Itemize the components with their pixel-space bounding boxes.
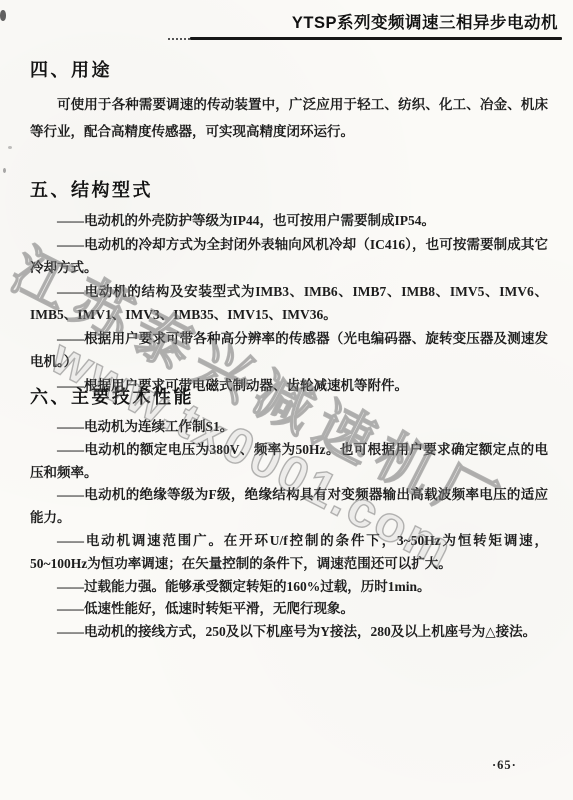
list-item: ——电动机为连续工作制S1。 — [30, 416, 548, 439]
item-list: ——电动机为连续工作制S1。 ——电动机的额定电压为380V、频率为50Hz。也… — [30, 416, 548, 644]
list-item: ——电动机的额定电压为380V、频率为50Hz。也可根据用户要求确定额定点的电压… — [30, 439, 548, 485]
scan-speck — [3, 168, 6, 173]
list-item: ——电动机的冷却方式为全封闭外表轴向风机冷却（IC416），也可按需要制成其它冷… — [30, 233, 548, 280]
section-performance: 六、主要技术性能 ——电动机为连续工作制S1。 ——电动机的额定电压为380V、… — [30, 383, 548, 644]
list-item: ——低速性能好，低速时转矩平滑，无爬行现象。 — [30, 598, 548, 621]
page-title: YTSP系列变频调速三相异步电动机 — [292, 9, 558, 33]
item-list: ——电动机的外壳防护等级为IP44，也可按用户需要制成IP54。 ——电动机的冷… — [30, 209, 548, 397]
section-structure: 五、结构型式 ——电动机的外壳防护等级为IP44，也可按用户需要制成IP54。 … — [30, 176, 548, 397]
section-heading: 五、结构型式 — [30, 176, 548, 202]
scan-speck — [8, 146, 12, 149]
header-rule — [190, 37, 562, 40]
header-rule-lead — [168, 38, 192, 40]
section-heading: 六、主要技术性能 — [30, 383, 548, 409]
document-page: YTSP系列变频调速三相异步电动机 四、用途 可使用于各种需要调速的传动装置中，… — [0, 0, 573, 800]
list-item: ——电动机的绝缘等级为F级，绝缘结构具有对变频器输出高载波频率电压的适应能力。 — [30, 484, 548, 530]
list-item: ——电动机的结构及安装型式为IMB3、IMB6、IMB7、IMB8、IMV5、I… — [30, 280, 548, 327]
list-item: ——电动机调速范围广。在开环U/f控制的条件下，3~50Hz为恒转矩调速，50~… — [30, 530, 548, 576]
list-item: ——过载能力强。能够承受额定转矩的160%过载，历时1min。 — [30, 576, 548, 599]
list-item: ——电动机的外壳防护等级为IP44，也可按用户需要制成IP54。 — [30, 209, 548, 233]
scan-speck — [0, 10, 6, 21]
body-paragraph: 可使用于各种需要调速的传动装置中，广泛应用于轻工、纺织、化工、冶金、机床等行业，… — [30, 91, 548, 145]
page-number: ·65· — [492, 758, 517, 773]
section-heading: 四、用途 — [30, 56, 548, 82]
list-item: ——根据用户要求可带各种高分辨率的传感器（光电编码器、旋转变压器及测速发电机。） — [30, 327, 548, 374]
section-usage: 四、用途 可使用于各种需要调速的传动装置中，广泛应用于轻工、纺织、化工、冶金、机… — [30, 56, 548, 145]
list-item: ——电动机的接线方式，250及以下机座号为Y接法，280及以上机座号为△接法。 — [30, 621, 548, 644]
